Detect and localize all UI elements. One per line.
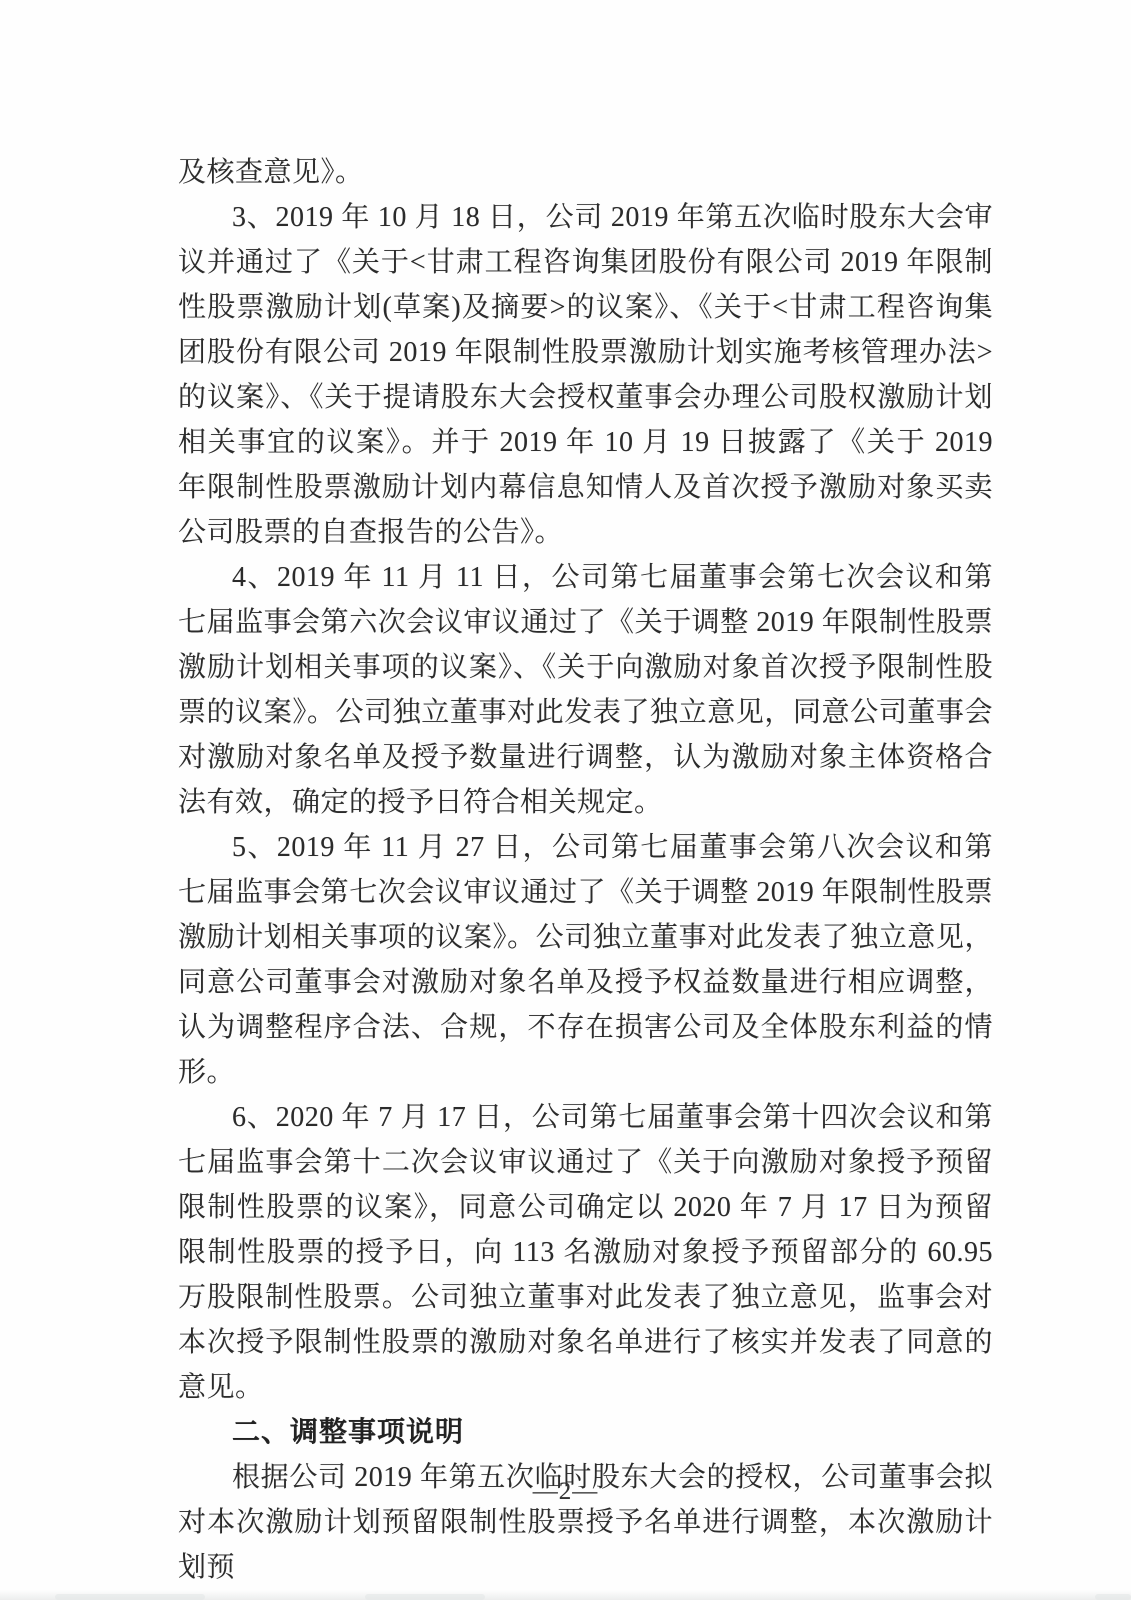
scan-smudge	[1095, 1594, 1131, 1600]
document-body: 及核查意见》。 3、2019 年 10 月 18 日，公司 2019 年第五次临…	[178, 150, 993, 1590]
section-heading-adjustment-notes: 二、调整事项说明	[178, 1410, 993, 1455]
paragraph-item-3: 3、2019 年 10 月 18 日，公司 2019 年第五次临时股东大会审议并…	[178, 195, 993, 555]
page-number: —2—	[533, 1478, 599, 1505]
scanned-document-page: 及核查意见》。 3、2019 年 10 月 18 日，公司 2019 年第五次临…	[0, 0, 1131, 1600]
scan-edge-artifact	[0, 1590, 1131, 1600]
scan-smudge	[55, 1594, 205, 1600]
paragraph-section-body: 根据公司 2019 年第五次临时股东大会的授权，公司董事会拟对本次激励计划预留限…	[178, 1455, 993, 1590]
paragraph-continuation: 及核查意见》。	[178, 150, 993, 195]
page-footer: —2—	[0, 1478, 1131, 1506]
paragraph-item-6: 6、2020 年 7 月 17 日，公司第七届董事会第十四次会议和第七届监事会第…	[178, 1095, 993, 1410]
paragraph-item-4: 4、2019 年 11 月 11 日，公司第七届董事会第七次会议和第七届监事会第…	[178, 555, 993, 825]
scan-smudge	[365, 1594, 485, 1600]
paragraph-item-5: 5、2019 年 11 月 27 日，公司第七届董事会第八次会议和第七届监事会第…	[178, 825, 993, 1095]
